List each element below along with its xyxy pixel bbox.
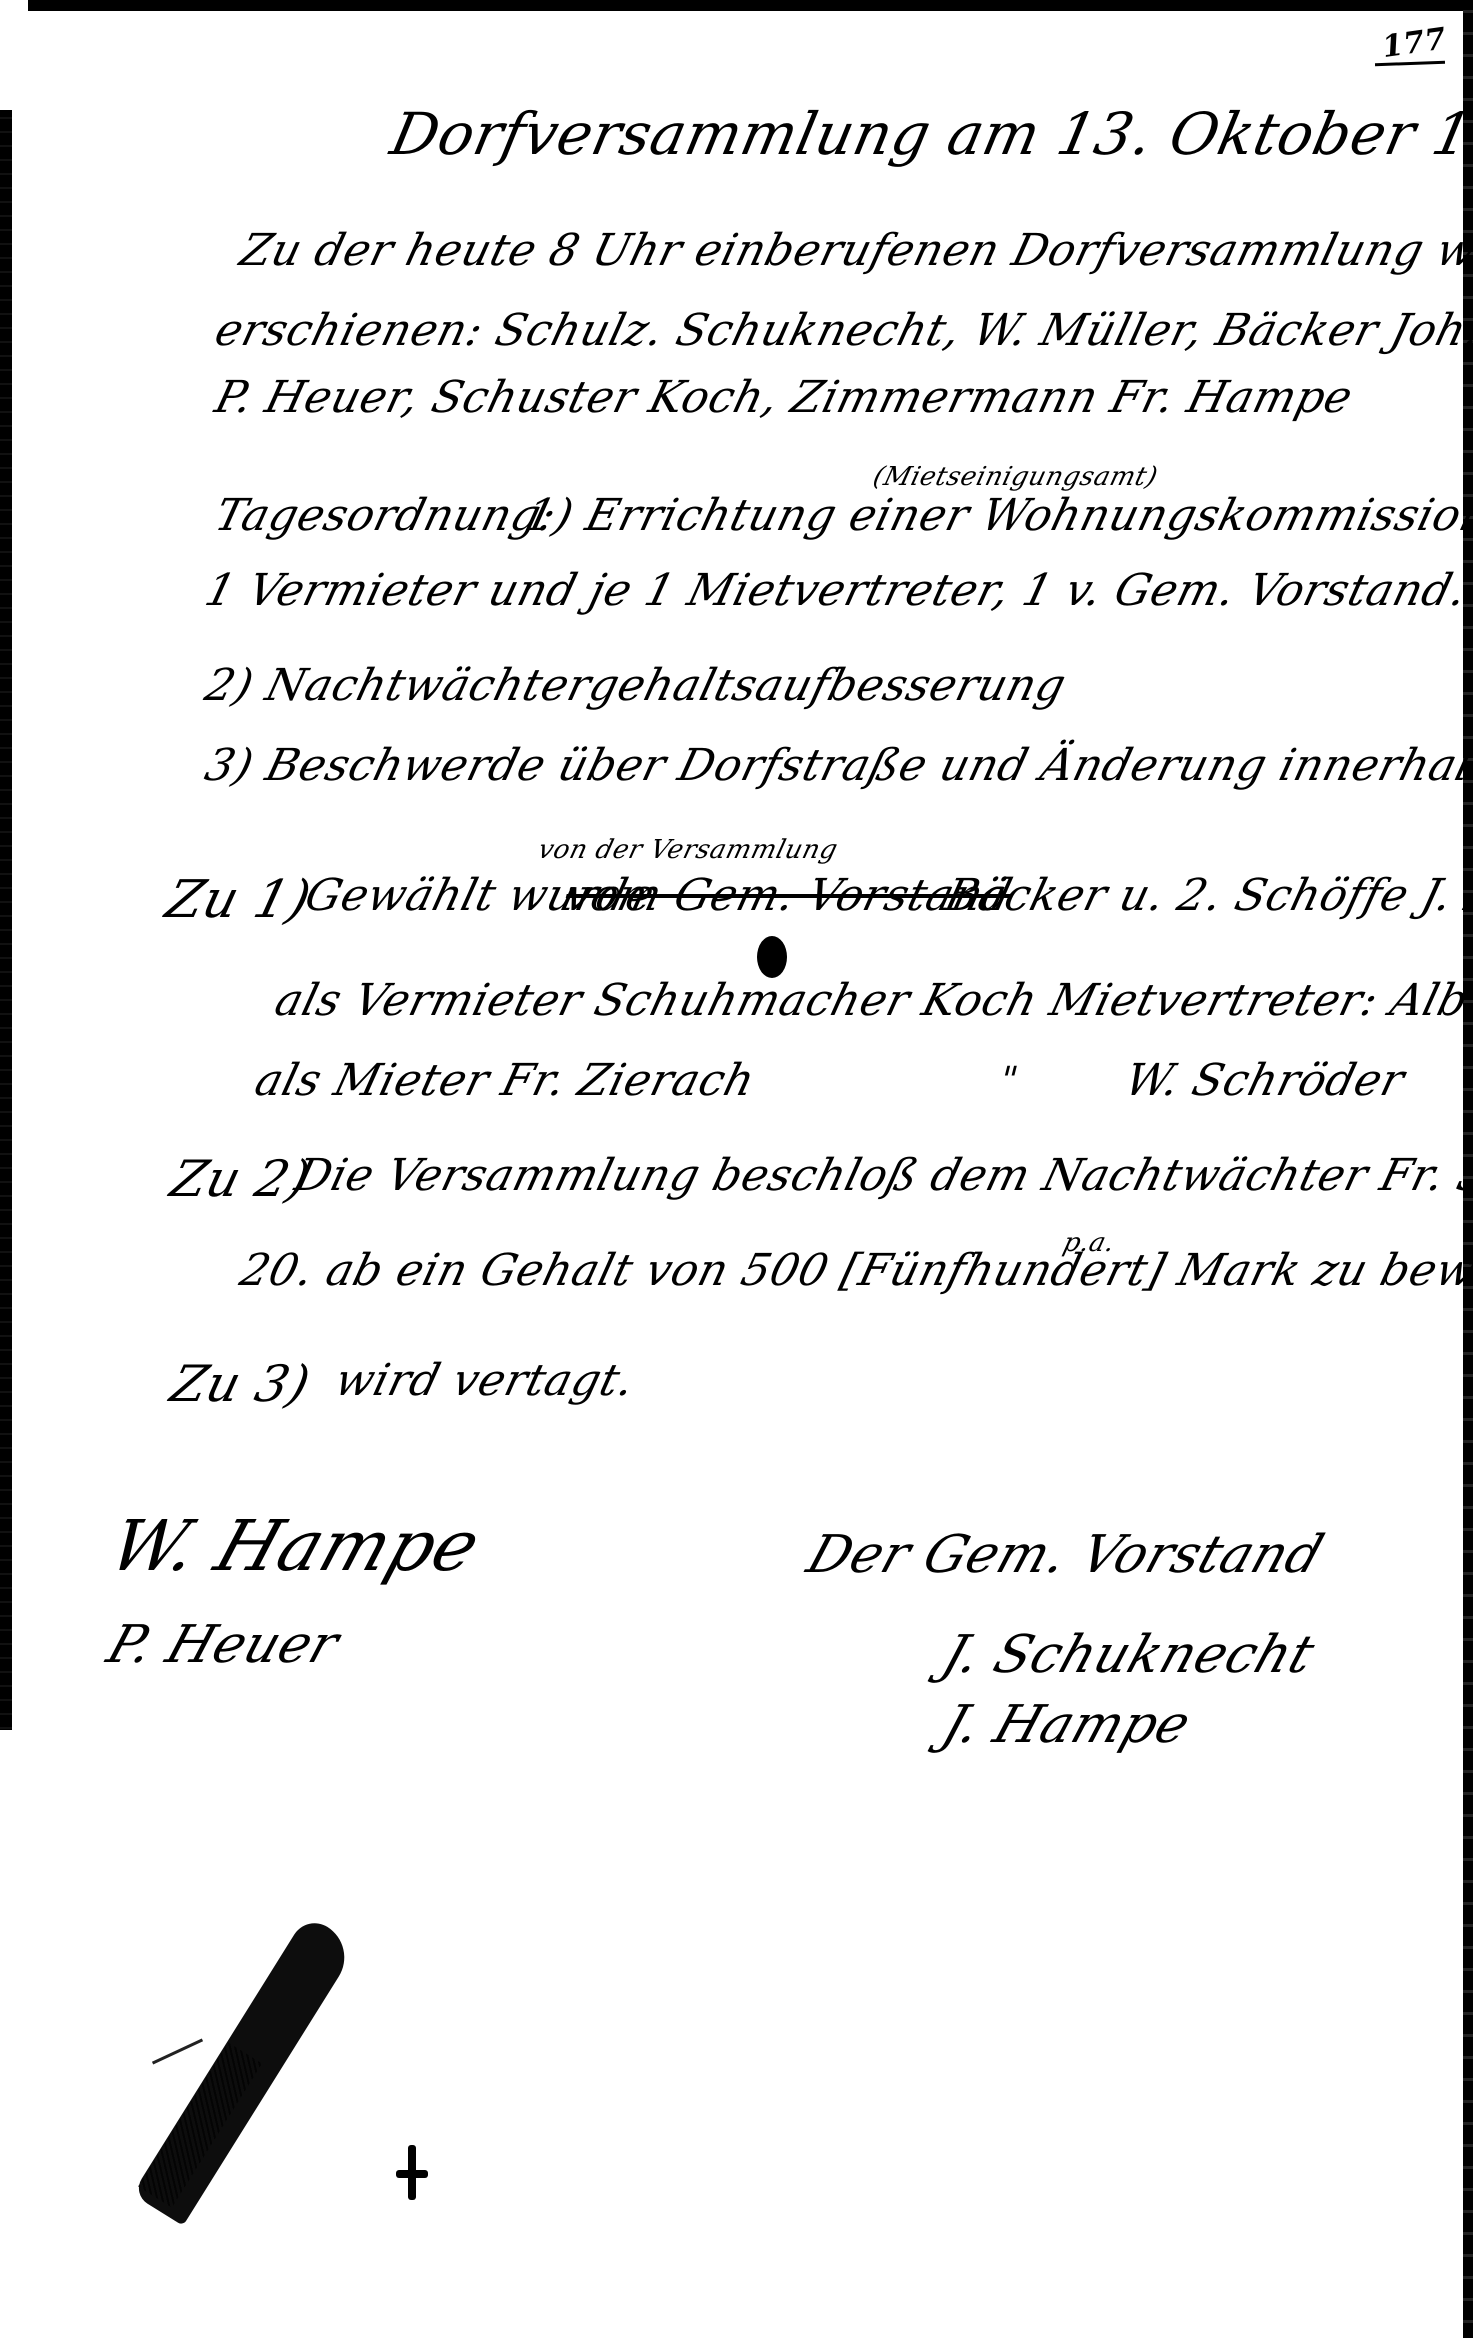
pen-scratch-mark: [152, 2039, 203, 2065]
resolution-1-line-3-name: W. Schröder: [1120, 1055, 1410, 1106]
scanned-document-page: 177 Dorfversammlung am 13. Oktober 1920.…: [0, 0, 1473, 2338]
signature-j-schuknecht: J. Schuknecht: [935, 1625, 1322, 1685]
signature-w-hampe: W. Hampe: [100, 1505, 490, 1587]
resolution-1-line-3: als Mieter Fr. Zierach: [250, 1055, 760, 1106]
cross-mark-bar: [396, 2170, 428, 2178]
resolution-1-text-b: Bäcker u. 2. Schöffe J. Hampe: [940, 870, 1473, 921]
agenda-item-2: 2) Nachtwächtergehaltsaufbesserung: [200, 660, 1071, 711]
resolution-1-superscript: von der Versammlung: [535, 835, 841, 865]
agenda-item-3: 3) Beschwerde über Dorfstraße und Änderu…: [200, 740, 1473, 791]
resolution-1-line-2: als Vermieter Schuhmacher Koch Mietvertr…: [270, 975, 1473, 1026]
scan-border-top: [28, 0, 1473, 11]
resolution-3-text: wird vertagt.: [330, 1355, 640, 1406]
page-number: 177: [1380, 21, 1448, 65]
agenda-item-1-line-1: 1) Errichtung einer Wohnungskommission (…: [520, 490, 1473, 541]
resolution-2-line-1: Die Versammlung beschloß dem Nachtwächte…: [290, 1150, 1473, 1201]
signature-heading-gem-vorstand: Der Gem. Vorstand: [800, 1525, 1331, 1585]
resolution-1-label: Zu 1): [160, 870, 317, 930]
intro-line-2: erschienen: Schulz. Schuknecht, W. Mülle…: [210, 305, 1473, 356]
resolution-3-label: Zu 3): [165, 1355, 316, 1413]
intro-line-3: P. Heuer, Schuster Koch, Zimmermann Fr. …: [210, 372, 1358, 423]
agenda-item1-superscript: (Mietseinigungsamt): [870, 462, 1161, 492]
resolution-2-line-2: 20. ab ein Gehalt von 500 [Fünfhundert] …: [235, 1245, 1473, 1296]
agenda-item-1-line-2: 1 Vermieter und je 1 Mietvertreter, 1 v.…: [200, 565, 1472, 616]
signature-p-heuer: P. Heuer: [100, 1615, 346, 1675]
agenda-label: Tagesordnung:: [210, 490, 562, 541]
ink-blot: [757, 936, 787, 978]
ditto-mark: ": [995, 1060, 1022, 1101]
signature-j-hampe: J. Hampe: [935, 1695, 1198, 1755]
intro-line-1: Zu der heute 8 Uhr einberufenen Dorfvers…: [235, 225, 1473, 276]
document-title: Dorfversammlung am 13. Oktober 1920.: [385, 100, 1473, 168]
scan-border-left: [0, 110, 12, 1730]
